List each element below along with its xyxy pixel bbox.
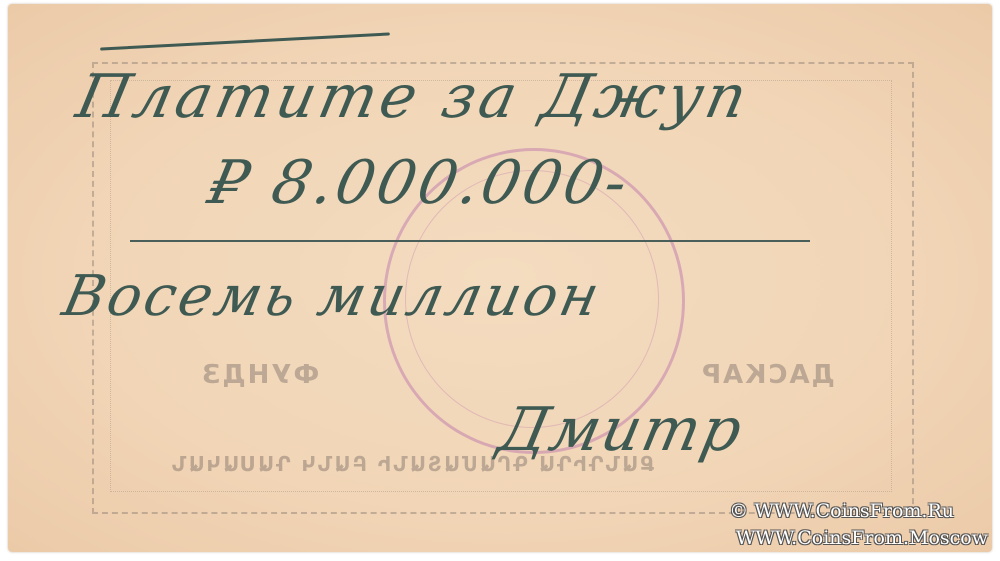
printed-text-right: ДАСКАР <box>700 360 835 390</box>
handwritten-amount-words: Восемь миллион <box>57 264 607 329</box>
handwritten-pay-line: Платите за Джуп <box>71 62 757 132</box>
signature: Дмитр <box>493 395 750 465</box>
handwritten-amount: ₽ 8.000.000- <box>203 148 637 218</box>
handwritten-underline <box>130 240 810 242</box>
watermark-ru: © WWW.CoinsFrom.Ru <box>729 500 954 522</box>
watermark-moscow: WWW.CoinsFrom.Moscow <box>736 527 988 549</box>
printed-text-left: ФУНДЗ <box>200 360 319 390</box>
